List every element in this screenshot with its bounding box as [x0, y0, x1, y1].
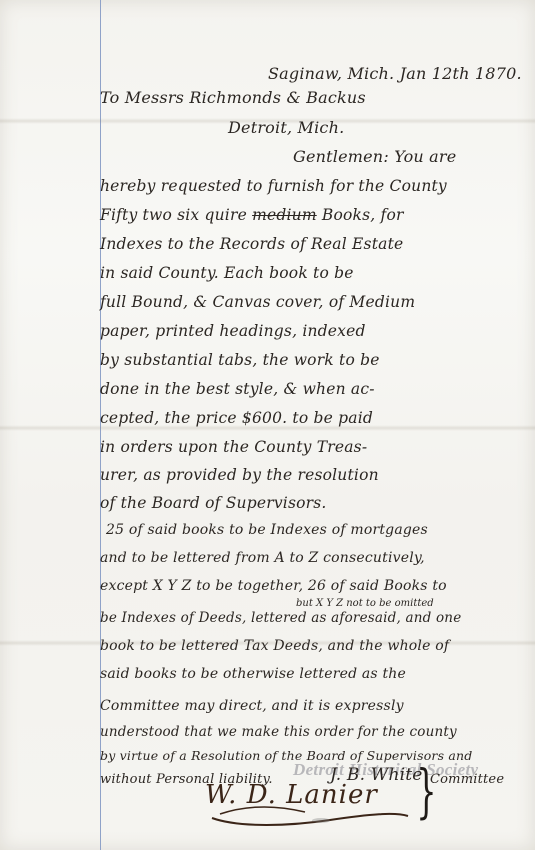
brace-mark: } [416, 762, 436, 820]
struck-word: medium [252, 206, 317, 224]
body-line: by substantial tabs, the work to be [100, 351, 380, 369]
body-line: of the Board of Supervisors. [100, 494, 327, 512]
body-line: in said County. Each book to be [100, 264, 354, 282]
ink-smudge [312, 818, 330, 823]
body-line: said books to be otherwise lettered as t… [100, 666, 406, 682]
body-line: Committee may direct, and it is expressl… [100, 698, 404, 714]
body-line: paper, printed headings, indexed [100, 322, 366, 340]
body-line: and to be lettered from A to Z consecuti… [100, 550, 425, 566]
body-line: Indexes to the Records of Real Estate [100, 235, 403, 253]
body-line: except X Y Z to be together, 26 of said … [100, 578, 447, 594]
body-text: Fifty two six quire [100, 206, 247, 224]
body-line: 25 of said books to be Indexes of mortga… [106, 522, 428, 538]
addressee-line-2: Detroit, Mich. [228, 118, 344, 137]
body-line: in orders upon the County Treas- [100, 438, 367, 456]
interlinear-insert: but X Y Z not to be omitted [296, 598, 434, 609]
salutation: Gentlemen: You are [293, 147, 456, 166]
body-line: urer, as provided by the resolution [100, 466, 379, 484]
addressee-line-1: To Messrs Richmonds & Backus [100, 88, 366, 107]
body-line: be Indexes of Deeds, lettered as aforesa… [100, 610, 461, 626]
body-line: full Bound, & Canvas cover, of Medium [100, 293, 415, 311]
body-line: done in the best style, & when ac- [100, 380, 375, 398]
signature-flourish-icon [210, 800, 410, 826]
document-page: Saginaw, Mich. Jan 12th 1870. To Messrs … [0, 0, 535, 850]
body-line: understood that we make this order for t… [100, 724, 457, 740]
committee-label: Committee [430, 772, 504, 787]
body-line: book to be lettered Tax Deeds, and the w… [100, 638, 449, 654]
body-line: cepted, the price $600. to be paid [100, 409, 373, 427]
body-text: Books, for [322, 206, 404, 224]
body-line: hereby requested to furnish for the Coun… [100, 177, 447, 195]
body-line: Fifty two six quire medium Books, for [100, 206, 404, 224]
place-date: Saginaw, Mich. Jan 12th 1870. [268, 64, 522, 83]
